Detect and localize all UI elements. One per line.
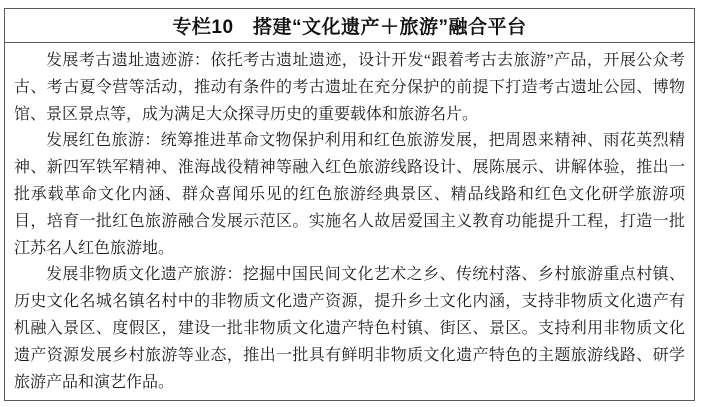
document-page: { "panel": { "title": "专栏10 搭建“文化遗产＋旅游”融… [0,0,703,407]
column-box-title: 专栏10 搭建“文化遗产＋旅游”融合平台 [172,12,526,39]
column-box-body: 发展考古遗址遗迹游：依托考古遗址遗迹，设计开发“跟着考古去旅游”产品，开展公众考… [5,43,694,396]
column-box-header: 专栏10 搭建“文化遗产＋旅游”融合平台 [5,9,694,43]
column-box: 专栏10 搭建“文化遗产＋旅游”融合平台 发展考古遗址遗迹游：依托考古遗址遗迹，… [4,8,695,401]
paragraph: 发展考古遗址遗迹游：依托考古遗址遗迹，设计开发“跟着考古去旅游”产品，开展公众考… [14,48,685,128]
paragraph: 发展非物质文化遗产旅游：挖掘中国民间文化艺术之乡、传统村落、乡村旅游重点村镇、历… [14,262,685,396]
paragraph: 发展红色旅游：统筹推进革命文物保护利用和红色旅游发展，把周恩来精神、雨花英烈精神… [14,128,685,262]
